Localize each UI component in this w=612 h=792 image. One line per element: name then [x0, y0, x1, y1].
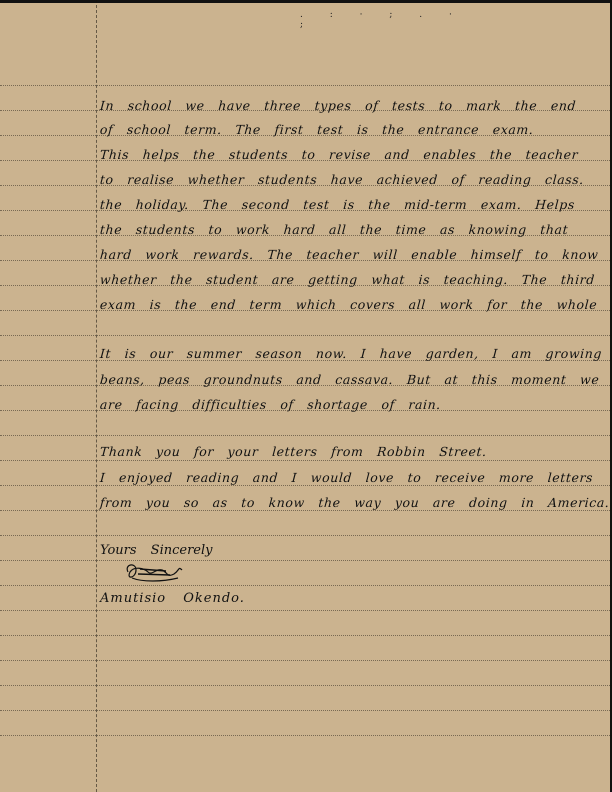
rule-line — [0, 585, 612, 586]
text-line: from you so as to know the way you are d… — [99, 495, 560, 510]
closing: Yours Sincerely — [100, 543, 213, 558]
text-line: whether the student are getting what is … — [99, 272, 560, 287]
text-line: beans, peas groundnuts and cassava. But … — [99, 372, 560, 387]
text-line: the holiday. The second test is the mid-… — [99, 197, 560, 212]
rule-line — [0, 610, 612, 611]
header-marks: . : · ; . · ; — [300, 10, 480, 40]
text-line: hard work rewards. The teacher will enab… — [99, 247, 560, 262]
scan-border-top — [0, 0, 612, 3]
rule-line — [0, 735, 612, 736]
text-line: In school we have three types of tests t… — [99, 98, 560, 113]
margin-line — [96, 0, 97, 792]
letter-page: . : · ; . · ; In school we have three ty… — [0, 0, 612, 792]
text-line: the students to work hard all the time a… — [99, 222, 560, 237]
signature-scribble — [122, 560, 184, 584]
rule-line — [0, 485, 612, 486]
rule-line — [0, 685, 612, 686]
rule-line — [0, 660, 612, 661]
rule-line — [0, 710, 612, 711]
text-line: are facing difficulties of shortage of r… — [99, 397, 560, 412]
rule-line — [0, 535, 612, 536]
rule-line — [0, 635, 612, 636]
text-line: to realise whether students have achieve… — [99, 172, 560, 187]
rule-line — [0, 460, 612, 461]
rule-line — [0, 85, 612, 86]
text-line: This helps the students to revise and en… — [99, 147, 560, 162]
text-line: of school term. The first test is the en… — [99, 122, 560, 137]
rule-line — [0, 560, 612, 561]
text-line: It is our summer season now. I have gard… — [99, 346, 560, 361]
rule-line — [0, 510, 612, 511]
text-line: Thank you for your letters from Robbin S… — [99, 444, 560, 459]
rule-line — [0, 335, 612, 336]
text-line: I enjoyed reading and I would love to re… — [99, 470, 560, 485]
rule-line — [0, 435, 612, 436]
signer-name: Amutisio Okendo. — [100, 591, 245, 606]
text-line: exam is the end term which covers all wo… — [99, 297, 560, 312]
